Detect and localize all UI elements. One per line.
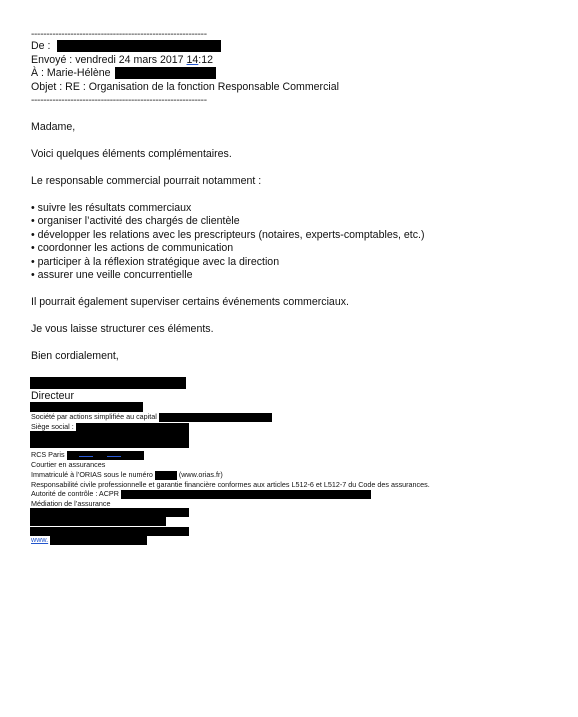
lead-paragraph: Le responsable commercial pourrait notam… — [31, 175, 261, 188]
bullet-item: • assurer une veille concurrentielle — [31, 269, 193, 282]
subject-line: Objet : RE : Organisation de la fonction… — [31, 81, 339, 94]
rcs-line: RCS Paris — [31, 450, 144, 460]
sent-date: vendredi 24 mars 2017 — [75, 54, 183, 66]
redacted-sender — [57, 40, 221, 52]
redacted-company-name — [30, 402, 143, 412]
rcs-link-underline — [79, 456, 93, 457]
redacted-mediation-2 — [30, 517, 166, 526]
sent-hour-link[interactable]: 14 — [187, 54, 199, 66]
redacted-signer-name — [30, 377, 186, 389]
from-line: De : — [31, 40, 221, 53]
company-form: Société par actions simplifiée au capita… — [31, 412, 272, 422]
authority-label: Autorité de contrôle : ACPR — [31, 489, 119, 498]
from-label: De : — [31, 40, 50, 52]
redacted-hq-address-2 — [30, 431, 189, 448]
closing-paragraph: Je vous laisse structurer ces éléments. — [31, 323, 214, 336]
orias-line: Immatriculé à l’ORIAS sous le numéro (ww… — [31, 470, 223, 480]
rcs-link-underline — [107, 456, 121, 457]
redacted-capital — [159, 413, 272, 422]
bullet-item: • participer à la réflexion stratégique … — [31, 256, 279, 269]
to-label: À : — [31, 67, 44, 79]
header-separator-top: ----------------------------------------… — [31, 30, 207, 40]
greeting: Madame, — [31, 121, 75, 134]
sent-minute: :12 — [198, 54, 213, 66]
header-separator-bottom: ----------------------------------------… — [31, 96, 207, 106]
activity-line: Courtier en assurances — [31, 460, 105, 470]
sent-line: Envoyé : vendredi 24 mars 2017 14:12 — [31, 54, 213, 67]
redacted-mediation-1 — [30, 508, 189, 517]
redacted-recipient — [115, 67, 216, 79]
to-name: Marie-Hélène — [47, 67, 111, 79]
subject-label: Objet : — [31, 81, 62, 93]
signoff: Bien cordialement, — [31, 350, 119, 363]
company-form-label: Société par actions simplifiée au capita… — [31, 412, 157, 421]
sent-label: Envoyé : — [31, 54, 72, 66]
bullet-item: • développer les relations avec les pres… — [31, 229, 425, 242]
rcs-label: RCS Paris — [31, 450, 65, 459]
orias-suffix: (www.orias.fr) — [179, 470, 223, 479]
authority-line: Autorité de contrôle : ACPR — [31, 489, 371, 499]
bullet-item: • coordonner les actions de communicatio… — [31, 242, 233, 255]
intro-paragraph: Voici quelques éléments complémentaires. — [31, 148, 232, 161]
subject-text: RE : Organisation de la fonction Respons… — [65, 81, 339, 93]
bullet-item: • organiser l’activité des chargés de cl… — [31, 215, 240, 228]
website-line: www. — [31, 535, 147, 545]
bullet-item: • suivre les résultats commerciaux — [31, 202, 191, 215]
redacted-orias-number — [155, 471, 177, 480]
redacted-authority-address — [121, 490, 371, 499]
hq-label: Siège social : — [31, 422, 74, 431]
orias-prefix: Immatriculé à l’ORIAS sous le numéro — [31, 470, 153, 479]
to-line: À : Marie-Hélène — [31, 67, 216, 80]
redacted-website — [50, 536, 147, 545]
extra-paragraph: Il pourrait également superviser certain… — [31, 296, 349, 309]
website-link[interactable]: www. — [31, 535, 48, 544]
